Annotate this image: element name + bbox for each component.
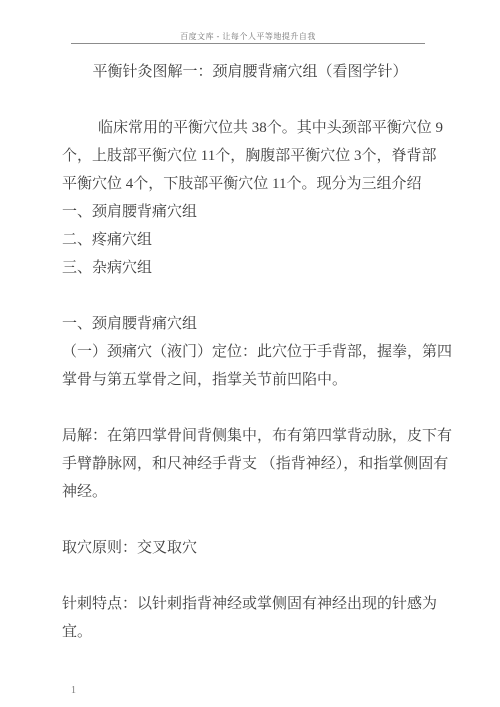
paragraph-line: （一）颈痛穴（液门）定位：此穴位于手背部，握拳，第四 — [62, 338, 438, 366]
paragraph-line: 宜。 — [62, 618, 438, 646]
page-header: 百度文库 - 让每个人平等地提升自我 — [71, 0, 425, 44]
paragraph-line: 针刺特点：以针刺指背神经或掌侧固有神经出现的针感为 — [62, 590, 438, 618]
watermark-text: 百度文库 - 让每个人平等地提升自我 — [71, 32, 425, 42]
page-number: 1 — [71, 685, 76, 696]
document-page: 百度文库 - 让每个人平等地提升自我 平衡针灸图解一：颈肩腰背痛穴组（看图学针）… — [0, 0, 500, 707]
paragraph-line: 一、颈肩腰背痛穴组 — [62, 198, 438, 226]
page-footer: 1 — [71, 685, 76, 697]
paragraph-line: 三、杂病穴组 — [62, 254, 438, 282]
paragraph-line: 平衡穴位 4个，下肢部平衡穴位 11个。现分为三组介绍 — [62, 170, 438, 198]
paragraph-line: 个，上肢部平衡穴位 11个，胸腹部平衡穴位 3个，脊背部 — [62, 142, 438, 170]
document-title: 平衡针灸图解一：颈肩腰背痛穴组（看图学针） — [62, 58, 438, 86]
blank-line — [62, 282, 438, 310]
blank-line — [62, 506, 438, 534]
paragraph-line: 掌骨与第五掌骨之间，指掌关节前凹陷中。 — [62, 366, 438, 394]
paragraph-line: 一、颈肩腰背痛穴组 — [62, 310, 438, 338]
paragraph-line: 二、疼痛穴组 — [62, 226, 438, 254]
paragraph-line: 取穴原则：交叉取穴 — [62, 534, 438, 562]
blank-line — [62, 562, 438, 590]
paragraph-line: 临床常用的平衡穴位共 38个。其中头颈部平衡穴位 9 — [62, 114, 438, 142]
blank-line — [62, 394, 438, 422]
paragraph-line: 神经。 — [62, 478, 438, 506]
document-body: 临床常用的平衡穴位共 38个。其中头颈部平衡穴位 9个，上肢部平衡穴位 11个，… — [62, 114, 438, 646]
paragraph-line: 手臂静脉网，和尺神经手背支 （指背神经），和指掌侧固有 — [62, 450, 438, 478]
paragraph-line: 局解：在第四掌骨间背侧集中，布有第四掌背动脉，皮下有 — [62, 422, 438, 450]
